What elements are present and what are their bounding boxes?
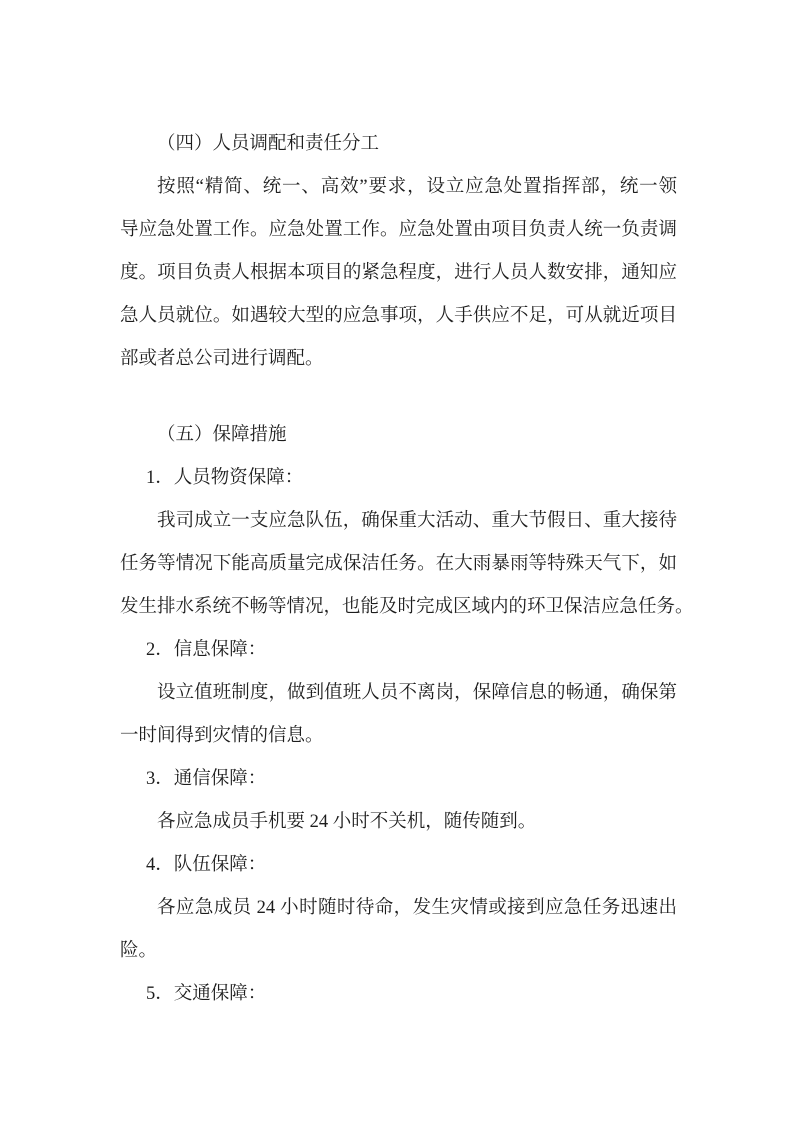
text-line: 我司成立一支应急队伍，确保重大活动、重大节假日、重大接待: [120, 500, 677, 543]
text-line: 3．通信保障：: [120, 758, 677, 801]
list-item-heading: 1．人员物资保障：: [120, 457, 677, 500]
paragraph-spacer: [120, 381, 677, 414]
text-line: 导应急处置工作。应急处置工作。应急处置由项目负责人统一负责调: [120, 209, 677, 252]
text-line: 各应急成员 24 小时随时待命，发生灾情或接到应急任务迅速出: [120, 887, 677, 930]
section-heading: （四）人员调配和责任分工: [120, 123, 677, 166]
text-line: 按照“精简、统一、高效”要求，设立应急处置指挥部，统一领: [120, 166, 677, 209]
text-line: 4．队伍保障：: [120, 844, 677, 887]
text-line: 5．交通保障：: [120, 973, 677, 1016]
text-line: （四）人员调配和责任分工: [120, 123, 677, 166]
paragraph: 各应急成员手机要 24 小时不关机，随传随到。: [120, 801, 677, 844]
text-line: （五）保障措施: [120, 414, 677, 457]
text-line: 度。项目负责人根据本项目的紧急程度，进行人员人数安排，通知应: [120, 252, 677, 295]
paragraph: 设立值班制度，做到值班人员不离岗，保障信息的畅通，确保第一时间得到灾情的信息。: [120, 672, 677, 758]
text-line: 2．信息保障：: [120, 629, 677, 672]
text-line: 急人员就位。如遇较大型的应急事项，人手供应不足，可从就近项目: [120, 295, 677, 338]
text-line: 险。: [120, 930, 677, 973]
document-page: （四）人员调配和责任分工按照“精简、统一、高效”要求，设立应急处置指挥部，统一领…: [0, 0, 793, 1122]
text-line: 各应急成员手机要 24 小时不关机，随传随到。: [120, 801, 677, 844]
section-heading: （五）保障措施: [120, 414, 677, 457]
text-line: 设立值班制度，做到值班人员不离岗，保障信息的畅通，确保第: [120, 672, 677, 715]
list-item-heading: 4．队伍保障：: [120, 844, 677, 887]
text-line: 一时间得到灾情的信息。: [120, 715, 677, 758]
document-content: （四）人员调配和责任分工按照“精简、统一、高效”要求，设立应急处置指挥部，统一领…: [120, 123, 677, 1016]
list-item-heading: 2．信息保障：: [120, 629, 677, 672]
text-line: 任务等情况下能高质量完成保洁任务。在大雨暴雨等特殊天气下，如: [120, 543, 677, 586]
paragraph: 各应急成员 24 小时随时待命，发生灾情或接到应急任务迅速出险。: [120, 887, 677, 973]
list-item-heading: 5．交通保障：: [120, 973, 677, 1016]
paragraph: 我司成立一支应急队伍，确保重大活动、重大节假日、重大接待任务等情况下能高质量完成…: [120, 500, 677, 629]
text-line: 部或者总公司进行调配。: [120, 338, 677, 381]
list-item-heading: 3．通信保障：: [120, 758, 677, 801]
paragraph: 按照“精简、统一、高效”要求，设立应急处置指挥部，统一领导应急处置工作。应急处置…: [120, 166, 677, 381]
text-line: 发生排水系统不畅等情况，也能及时完成区域内的环卫保洁应急任务。: [120, 586, 677, 629]
text-line: 1．人员物资保障：: [120, 457, 677, 500]
